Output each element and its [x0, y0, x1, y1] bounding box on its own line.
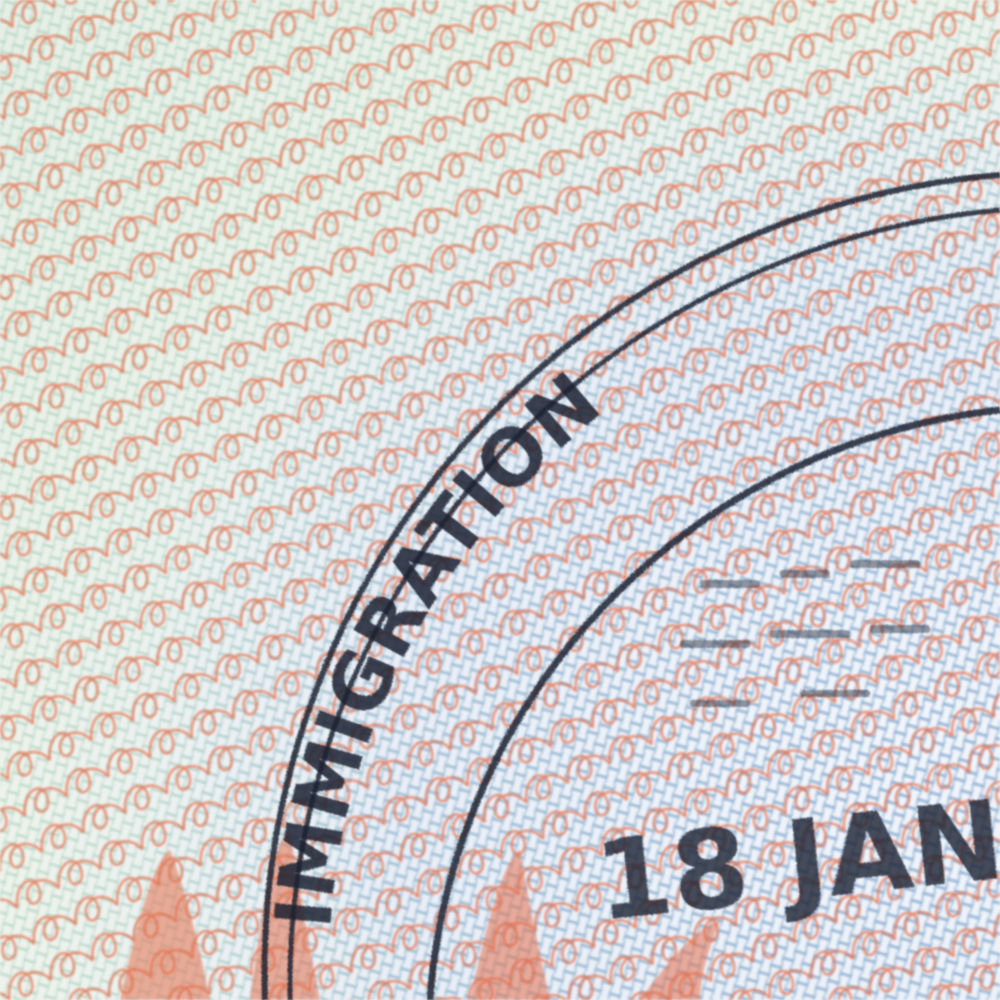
- passport-photo: IMMIGRATION 18 JAN: [0, 0, 1000, 1000]
- guilloche-pattern: IMMIGRATION 18 JAN: [0, 0, 1000, 1000]
